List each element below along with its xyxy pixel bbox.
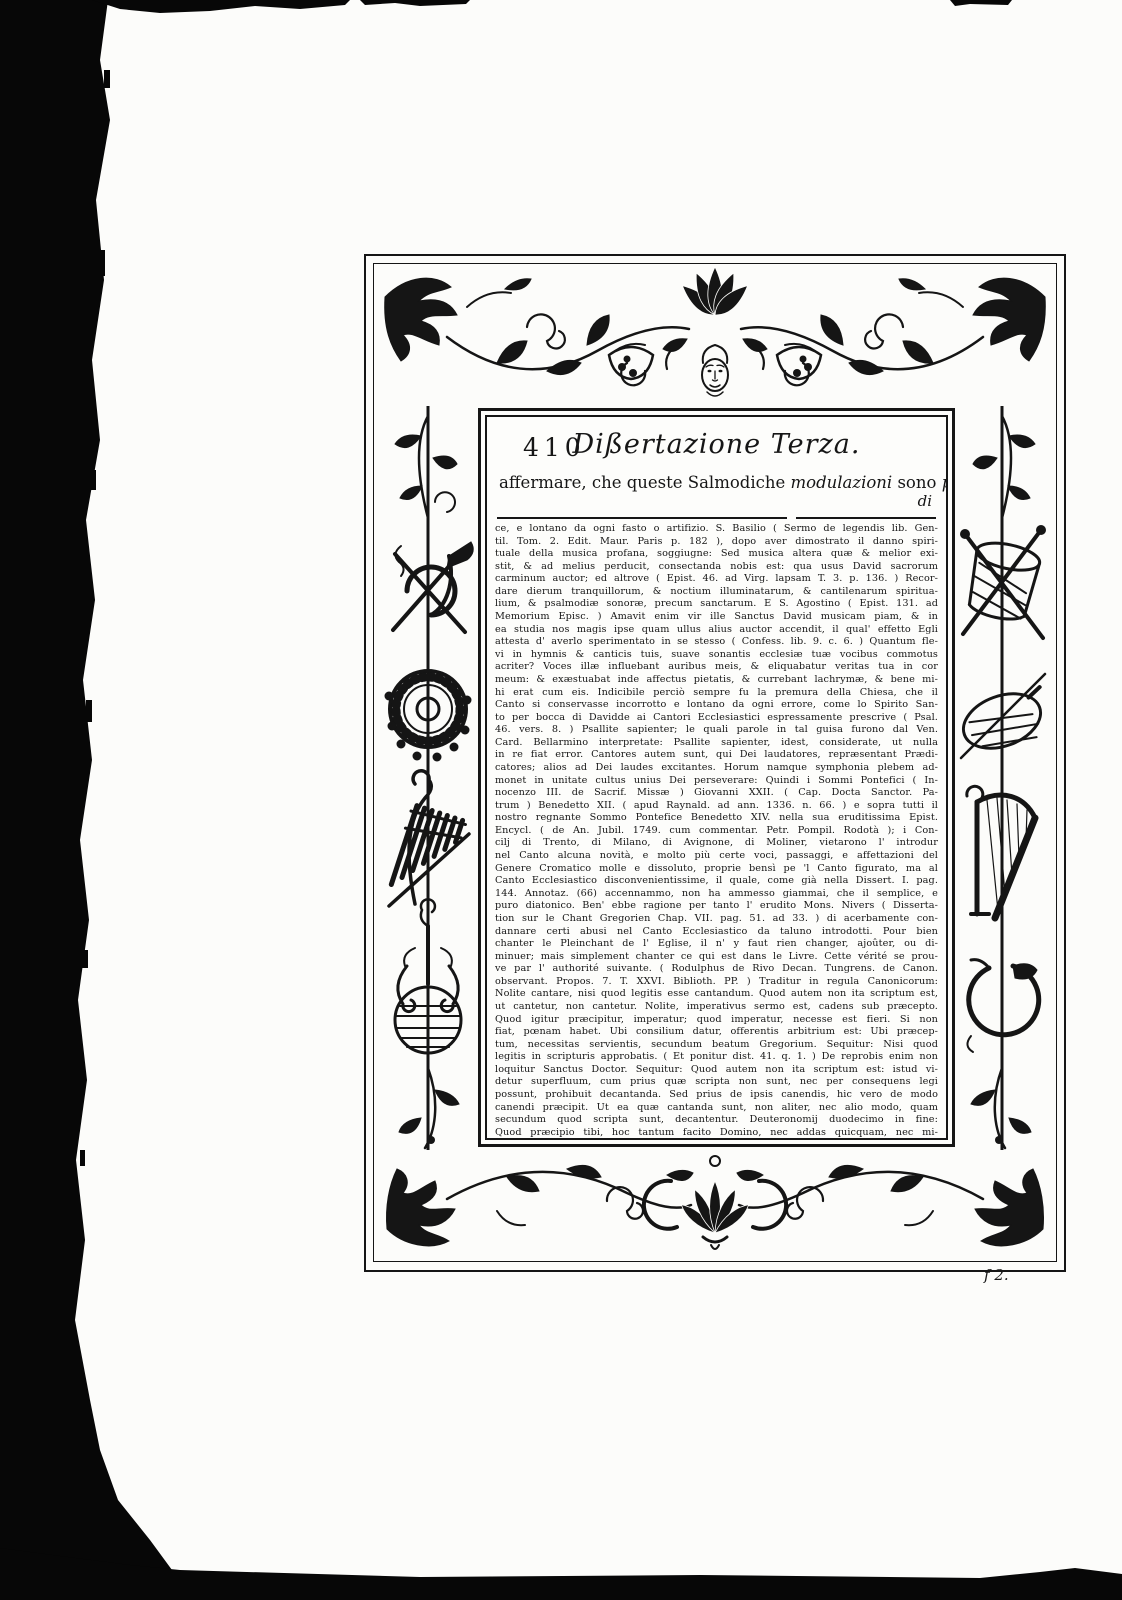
footnote-line: ut cantetur, non cantetur. Nolite, imper… bbox=[495, 1001, 938, 1014]
footnote-line: monet in unitate cultus unius Dei persev… bbox=[495, 775, 938, 788]
footnote-line: ea studia nos magis ipse quam ullus aliu… bbox=[495, 624, 938, 637]
page-header: 410 Dißertazione Terza. bbox=[495, 429, 938, 465]
footnote-line: chanter le Pleinchant de l' Eglise, il n… bbox=[495, 938, 938, 951]
footnote-line: loquitur Sanctus Doctor. Sequitur: Quod … bbox=[495, 1064, 938, 1077]
footnote-line: tum, necessitas servientis, secundum bea… bbox=[495, 1039, 938, 1052]
footnote-line: catores; alios ad Dei laudes excitantes.… bbox=[495, 762, 938, 775]
left-border-ornament bbox=[377, 406, 479, 1150]
footnote-line: dare dierum tranquillorum, & noctium ill… bbox=[495, 586, 938, 599]
right-border-ornament bbox=[951, 406, 1053, 1150]
footnote-line: dannare certi abusi nel Canto Ecclesiast… bbox=[495, 926, 938, 939]
footnote-line: Genere Cromatico molle e dissoluto, prop… bbox=[495, 863, 938, 876]
top-border-ornament bbox=[377, 267, 1053, 409]
text-panel-inner: 410 Dißertazione Terza. affermare, che q… bbox=[485, 415, 948, 1140]
footnote-line: Encycl. ( de An. Jubil. 1749. cum commen… bbox=[495, 825, 938, 838]
running-title: Dißertazione Terza. bbox=[495, 429, 938, 460]
body-segment-italic: parola bbox=[942, 473, 948, 492]
leaf-sprig-ornament bbox=[395, 416, 457, 518]
footnote-line: canendi præcipit. Ut ea quæ cantanda sun… bbox=[495, 1102, 938, 1115]
footnote-line: puro diatonico. Ben' ebbe ragione per ta… bbox=[495, 900, 938, 913]
footnote-line: lium, & psalmodiæ sonoræ, precum sanctar… bbox=[495, 598, 938, 611]
footnote-line: secundum quod scripta sunt, decantentur.… bbox=[495, 1114, 938, 1127]
footnote-line: fiat, pœnam habet. Ubi consilium datur, … bbox=[495, 1026, 938, 1039]
footnote-line: trum ) Benedetto XII. ( apud Raynald. ad… bbox=[495, 800, 938, 813]
body-segment-italic: modulazioni bbox=[791, 473, 893, 492]
mascaron-ornament bbox=[663, 267, 767, 396]
catchword: di bbox=[495, 492, 932, 510]
footnote-line: tuale della musica profana, soggiugne: S… bbox=[495, 548, 938, 561]
footnote-line: in re fiat error. Cantores autem sunt, q… bbox=[495, 749, 938, 762]
footnote-line: detur superfluum, cum prius quæ scripta … bbox=[495, 1076, 938, 1089]
footnote-line: ce, e lontano da ogni fasto o artifizio.… bbox=[495, 523, 938, 536]
footnote-line: nostro regnante Sommo Pontefice Benedett… bbox=[495, 812, 938, 825]
footnote-line: cilj di Trento, di Milano, di Avignone, … bbox=[495, 837, 938, 850]
footnote-line: Nolite cantare, nisi quod legitis esse c… bbox=[495, 988, 938, 1001]
footnote-line: ve par l' authorité suivante. ( Rodulphu… bbox=[495, 963, 938, 976]
footnote-line: tion sur le Chant Gregorien Chap. VII. p… bbox=[495, 913, 938, 926]
footnote-line: attesta d' averlo sperimentato in se ste… bbox=[495, 636, 938, 649]
footnote-line: Quod igitur præcipitur, imperatur; quod … bbox=[495, 1014, 938, 1027]
footnote-line: carminum auctor; ed altrove ( Epist. 46.… bbox=[495, 573, 938, 586]
footnote-line: stit, & ad melius perducit, consectanda … bbox=[495, 561, 938, 574]
footnote-line: acriter? Voces illæ influebant auribus m… bbox=[495, 661, 938, 674]
footnote-line: vi in hymnis & canticis tuis, suave sona… bbox=[495, 649, 938, 662]
footnote-line: nel Canto alcuna novità, e molto più cer… bbox=[495, 850, 938, 863]
footnote-line: meum: & exæstuabat inde affectus pietati… bbox=[495, 674, 938, 687]
footnote-line: possunt, prohibuit decantanda. Sed prius… bbox=[495, 1089, 938, 1102]
bottom-border-ornament bbox=[377, 1149, 1053, 1261]
signature-mark: f 2. bbox=[984, 1266, 1009, 1284]
text-panel: 410 Dißertazione Terza. affermare, che q… bbox=[478, 408, 955, 1147]
body-segment: affermare, bbox=[499, 473, 587, 492]
body-text-line: affermare, che queste Salmodiche modulaz… bbox=[499, 473, 934, 492]
body-segment: che queste Salmodiche bbox=[592, 473, 785, 492]
footnote-block: ce, e lontano da ogni fasto o artifizio.… bbox=[495, 523, 938, 1139]
palmette-ornament bbox=[678, 1156, 752, 1249]
horn-ornament bbox=[393, 542, 473, 632]
footnote-line: legitis in scripturis approbatis. ( Et p… bbox=[495, 1051, 938, 1064]
footnote-line: 144. Annotaz. (66) accennammo, non ha am… bbox=[495, 888, 938, 901]
footnote-line: Quod præcipio tibi, hoc tantum facito Do… bbox=[495, 1127, 938, 1140]
footnote-line: observant. Propos. 7. T. XXVI. Biblioth.… bbox=[495, 976, 938, 989]
body-segment: sono bbox=[897, 473, 936, 492]
footnote-line: nocenzo III. de Sacrif. Missæ ) Giovanni… bbox=[495, 787, 938, 800]
leaf-sprig-ornament bbox=[973, 416, 1035, 518]
footnote-line: minuer; mais simplement chanter ce qui e… bbox=[495, 951, 938, 964]
footnote-line: Memorium Episc. ) Amavit enim vir ille S… bbox=[495, 611, 938, 624]
footnote-line: 46. vers. 8. ) Psallite sapienter; le qu… bbox=[495, 724, 938, 737]
viol-ornament bbox=[956, 674, 1053, 760]
footnote-line: Canto Ecclesiastico disconvenientissime,… bbox=[495, 875, 938, 888]
footnote-line: til. Tom. 2. Edit. Maur. Paris p. 182 ),… bbox=[495, 536, 938, 549]
scanned-book-page: 410 Dißertazione Terza. affermare, che q… bbox=[0, 0, 1122, 1600]
footnote-line: hi erat cum eis. Indicibile perciò sempr… bbox=[495, 687, 938, 700]
footnote-line: to per bocca di Davidde ai Cantori Eccle… bbox=[495, 712, 938, 725]
footnote-line: Canto si conservasse incorrotto e lontan… bbox=[495, 699, 938, 712]
footnote-separator-rule bbox=[497, 517, 936, 519]
footnote-line: Card. Bellarmino interpretate: Psallite … bbox=[495, 737, 938, 750]
